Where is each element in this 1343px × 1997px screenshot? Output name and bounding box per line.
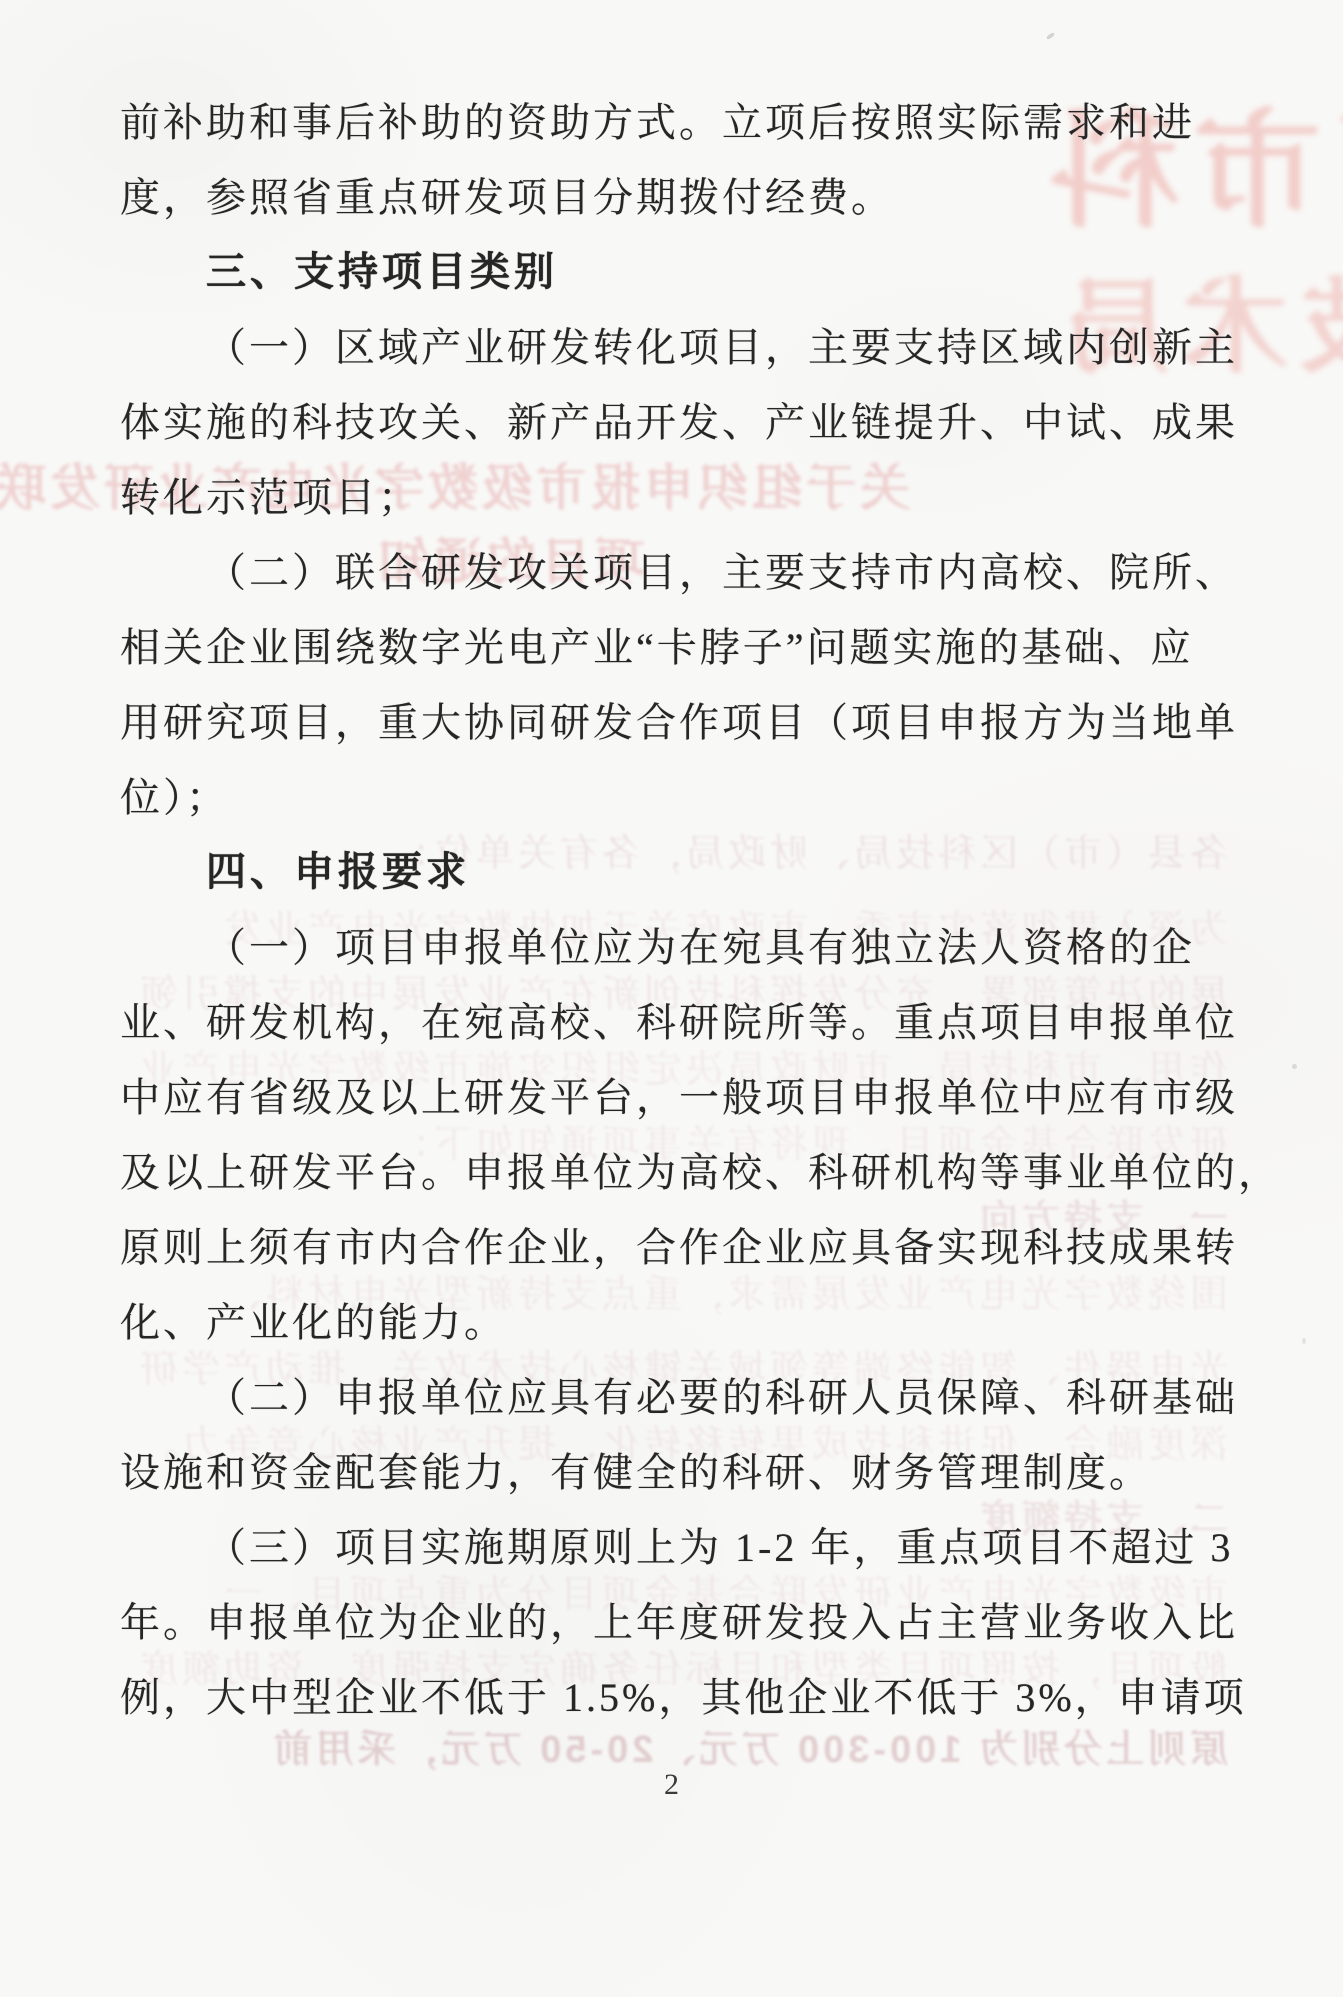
text-line: 年。申报单位为企业的，上年度研发投入占主营业务收入比 (120, 1585, 1280, 1660)
text-line: 相关企业围绕数字光电产业“卡脖子”问题实施的基础、应 (120, 610, 1280, 685)
document-page: 南阳市科学技术局 关于组织申报市级数字光电产业研发联合基金项目的通知 各县（市）… (0, 0, 1343, 1997)
text-line: 设施和资金配套能力，有健全的科研、财务管理制度。 (120, 1435, 1280, 1510)
text-line: 度，参照省重点研发项目分期拨付经费。 (120, 160, 1280, 235)
text-line: 化、产业化的能力。 (120, 1285, 1280, 1360)
document-text: 前补助和事后补助的资助方式。立项后按照实际需求和进度，参照省重点研发项目分期拨付… (120, 85, 1280, 1735)
text-line: 转化示范项目； (120, 460, 1280, 535)
scan-speck (1046, 32, 1056, 40)
page-number: 2 (0, 1768, 1343, 1802)
text-line: （一）项目申报单位应为在宛具有独立法人资格的企 (120, 910, 1280, 985)
text-line: 四、申报要求 (120, 835, 1280, 910)
text-line: 体实施的科技攻关、新产品开发、产业链提升、中试、成果 (120, 385, 1280, 460)
text-line: 原则上须有市内合作企业，合作企业应具备实现科技成果转 (120, 1210, 1280, 1285)
text-line: 用研究项目，重大协同研发合作项目（项目申报方为当地单 (120, 685, 1280, 760)
text-line: 业、研发机构，在宛高校、科研院所等。重点项目申报单位 (120, 985, 1280, 1060)
text-line: 中应有省级及以上研发平台，一般项目申报单位中应有市级 (120, 1060, 1280, 1135)
text-line: （二）申报单位应具有必要的科研人员保障、科研基础 (120, 1360, 1280, 1435)
text-line: 前补助和事后补助的资助方式。立项后按照实际需求和进 (120, 85, 1280, 160)
text-line: 例，大中型企业不低于 1.5%，其他企业不低于 3%，申请项 (120, 1660, 1280, 1735)
text-line: 位）； (120, 760, 1280, 835)
text-line: （一）区域产业研发转化项目，主要支持区域内创新主 (120, 310, 1280, 385)
text-line: （三）项目实施期原则上为 1-2 年，重点项目不超过 3 (120, 1510, 1280, 1585)
scan-speck (1302, 1338, 1306, 1344)
text-line: （二）联合研发攻关项目，主要支持市内高校、院所、 (120, 535, 1280, 610)
scan-speck (1292, 1064, 1297, 1069)
text-line: 及以上研发平台。申报单位为高校、科研机构等事业单位的， (120, 1135, 1280, 1210)
text-line: 三、支持项目类别 (120, 235, 1280, 310)
